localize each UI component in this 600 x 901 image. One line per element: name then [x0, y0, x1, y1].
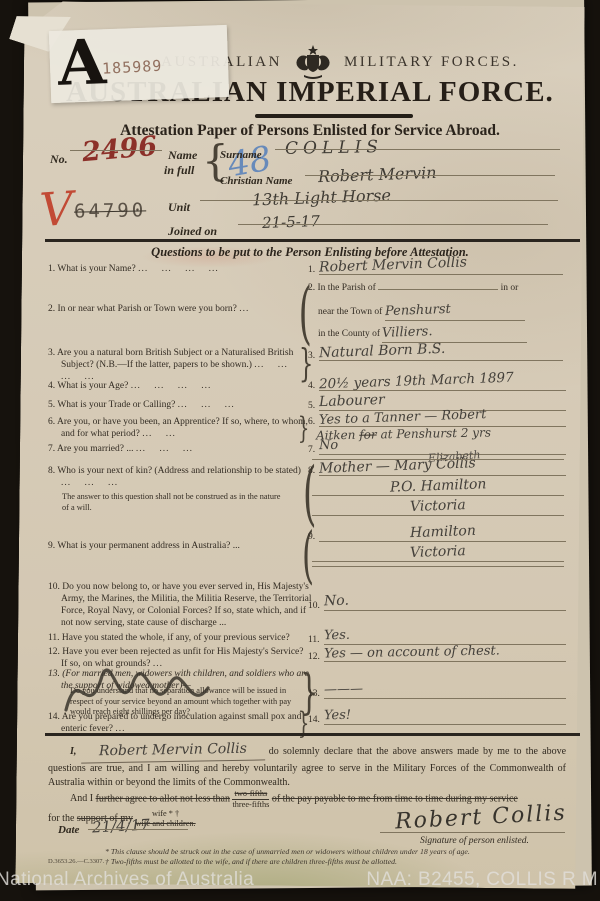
- a2-parish-label: In the Parish of: [318, 283, 376, 293]
- fraction-two-fifths: two-fifths: [232, 789, 269, 800]
- a11-handwritten: Yes.: [323, 628, 349, 643]
- a8-handwritten-line2: P.O. Hamilton: [390, 476, 487, 495]
- cancelled-service-number: 64790: [74, 199, 147, 222]
- a4-number: 4.: [308, 381, 315, 391]
- q1-dot-leaders: ... ... ... ...: [138, 264, 219, 274]
- date-label: Date: [58, 824, 79, 836]
- a14-handwritten: Yes!: [324, 708, 351, 723]
- q8-dot-leaders: ... ... ...: [61, 478, 118, 488]
- q7-text: Are you married? ...: [57, 444, 134, 454]
- q9-number: 9.: [48, 541, 55, 551]
- fraction-three-fifths: three-fifths: [232, 800, 269, 810]
- a10-number: 10.: [308, 601, 320, 611]
- q1-number: 1.: [48, 264, 55, 274]
- answer-6-line1: 6. Yes to a Tanner — Robert: [308, 408, 566, 427]
- a3-number: 3.: [308, 351, 315, 361]
- a2-town-handwritten: Penshurst: [384, 302, 450, 321]
- surname-label: Surname: [220, 149, 262, 161]
- q6-number: 6.: [48, 417, 55, 427]
- question-9: 9. What is your permanent address in Aus…: [48, 540, 311, 552]
- a2-county-label: in the County of: [318, 329, 380, 339]
- a8-handwritten-line3: Victoria: [410, 497, 466, 515]
- q14-number: 14.: [48, 712, 60, 722]
- scanned-document-page: AUSTRALIAN MILITARY FORCES. AUSTRALIAN I…: [0, 0, 600, 901]
- answer-3: 3. Natural Born B.S.: [308, 342, 563, 361]
- name-label-line1: Name: [168, 148, 197, 163]
- question-2: 2. In or near what Parish or Town were y…: [48, 303, 306, 315]
- declaration-divider-rule: [45, 733, 580, 736]
- a8-number: 8.: [308, 466, 315, 476]
- a2-town-label: near the Town of: [318, 307, 382, 317]
- question-10: 10. Do you now belong to, or have you ev…: [48, 581, 313, 630]
- joined-on-handwritten: 21-5-17: [262, 212, 320, 232]
- a9-number: 9.: [308, 532, 315, 542]
- a12-handwritten: Yes — on account of chest.: [324, 643, 500, 661]
- joined-on-label: Joined on: [168, 224, 217, 239]
- allotment-mid: for the: [48, 813, 74, 824]
- name-label-line2: in full: [164, 163, 194, 178]
- q5-number: 5.: [48, 400, 55, 410]
- answer-9-line2: Victoria: [312, 543, 564, 562]
- answer-12: 12. Yes — on account of chest.: [308, 643, 566, 662]
- a14-number: 14.: [308, 715, 320, 725]
- a2-parish-line: [378, 289, 498, 290]
- allotment-lead: And I: [70, 793, 93, 804]
- unit-label: Unit: [168, 200, 190, 215]
- a9-handwritten-line2: Victoria: [410, 543, 466, 561]
- answer-2-line2: near the Town of Penshurst: [318, 303, 566, 321]
- q10-text: Do you now belong to, or have you ever s…: [61, 582, 312, 628]
- q8-number: 8.: [48, 466, 55, 476]
- title-underline-rule: [255, 114, 413, 118]
- question-14: 14. Are you prepared to undergo inoculat…: [48, 711, 309, 735]
- declaration-lead: I,: [70, 746, 76, 757]
- a1-handwritten: Robert Mervin Collis: [319, 254, 467, 275]
- red-check-mark: V: [38, 181, 75, 237]
- answer-9-blank-line: [312, 566, 564, 567]
- a6-handwritten-line1: Yes to a Tanner — Robert: [319, 407, 487, 428]
- naa-watermark-right: NAA: B2455, COLLIS R M: [366, 869, 598, 891]
- question-3: 3. Are you a natural born British Subjec…: [48, 347, 309, 383]
- declaration-name-handwritten: Robert Mervin Collis: [80, 739, 264, 763]
- q10-number: 10.: [48, 582, 60, 592]
- q2-number: 2.: [48, 304, 55, 314]
- a12-number: 12.: [308, 652, 320, 662]
- a10-handwritten: No.: [324, 593, 349, 610]
- question-1: 1. What is your Name? ... ... ... ...: [48, 263, 311, 275]
- christian-name-label: Christian Name: [220, 175, 292, 187]
- a13-dash-stroke: ———: [324, 681, 363, 697]
- declaration-paragraph: I, Robert Mervin Collis do solemnly decl…: [48, 741, 566, 790]
- answer-2-line1: 2. In the Parish of in or: [308, 282, 566, 294]
- a7-handwritten: No: [319, 438, 338, 453]
- answer-14: 14. Yes!: [308, 706, 566, 725]
- answer-8-line2: [312, 459, 564, 460]
- form-code: D.3653.26.—C.3307.: [48, 858, 104, 865]
- question-7: 7. Are you married? ... ... ... ...: [48, 443, 311, 455]
- answer-10: 10. No.: [308, 592, 566, 611]
- answer-13: 13. ———: [308, 680, 566, 699]
- answer-9-line1: 9. Hamilton: [308, 523, 566, 542]
- q5-dot-leaders: ... ... ...: [178, 400, 235, 410]
- q7-dot-leaders: ... ... ...: [136, 444, 193, 454]
- unit-handwritten: 13th Light Horse: [252, 186, 391, 210]
- a13-number: 13.: [308, 689, 320, 699]
- q11-text: Have you stated the whole, if any, of yo…: [62, 633, 290, 643]
- sticker-barcode-number: 185989: [102, 57, 163, 78]
- forces-right-text: MILITARY FORCES.: [344, 54, 519, 71]
- a6-number: 6.: [308, 417, 315, 427]
- fraction-choice: two-fifths three-fifths: [232, 789, 269, 809]
- question-8-note: The answer to this question shall not be…: [62, 492, 287, 513]
- a2-in-or: in or: [501, 283, 519, 293]
- a9-handwritten-line1: Hamilton: [409, 523, 475, 541]
- answer-8-line3-row: Victoria: [312, 497, 564, 516]
- question-5: 5. What is your Trade or Calling? ... ..…: [48, 399, 311, 411]
- naa-watermark-left: National Archives of Australia: [0, 869, 254, 891]
- archive-sticker: A 185989: [49, 25, 229, 103]
- a3-handwritten: Natural Born B.S.: [319, 341, 446, 361]
- q4-text: What is your Age?: [57, 381, 128, 391]
- q7-number: 7.: [48, 444, 55, 454]
- question-6: 6. Are you, or have you been, an Apprent…: [48, 416, 309, 440]
- question-4: 4. What is your Age? ... ... ... ...: [48, 380, 311, 392]
- section-divider-rule: [45, 239, 580, 242]
- no-underline: [70, 150, 162, 151]
- allotment-struck-1: further agree to allot not less than: [96, 793, 230, 804]
- a4-handwritten: 20½ years 19th March 1897: [319, 370, 514, 393]
- date-handwritten: 21/4/17: [92, 815, 151, 836]
- allotment-struck-2: of the pay payable to me from time to ti…: [272, 793, 518, 804]
- signature-caption: Signature of person enlisted.: [420, 836, 529, 846]
- q1-text: What is your Name?: [57, 264, 135, 274]
- footnote-dagger: † Two-fifths must be allotted to the wif…: [105, 857, 565, 866]
- unit-line: [200, 200, 558, 201]
- q6-dot-leaders: ... ...: [142, 429, 176, 439]
- no-label: No.: [50, 152, 68, 167]
- sticker-letter-a: A: [57, 25, 108, 100]
- q6-text: Are you, or have you been, an Apprentice…: [57, 417, 308, 439]
- q8-text: Who is your next of kin? (Address and re…: [57, 466, 301, 476]
- q12-number: 12.: [48, 647, 60, 657]
- date-line: [88, 829, 188, 830]
- q4-dot-leaders: ... ... ... ...: [131, 381, 212, 391]
- surname-handwritten: COLLIS: [285, 137, 383, 159]
- question-11: 11. Have you stated the whole, if any, o…: [48, 632, 313, 644]
- q5-text: What is your Trade or Calling?: [57, 400, 175, 410]
- signature-line: [380, 832, 565, 833]
- q3-number: 3.: [48, 348, 55, 358]
- answer-1: 1. Robert Mervin Collis: [308, 256, 563, 275]
- answer-8-line2-row: P.O. Hamilton: [312, 477, 564, 496]
- q2-text: In or near what Parish or Town were you …: [58, 304, 237, 314]
- q2-dot-leaders: ...: [239, 304, 249, 314]
- q11-number: 11.: [48, 633, 60, 643]
- question-8: 8. Who is your next of kin? (Address and…: [48, 465, 311, 489]
- answer-4: 4. 20½ years 19th March 1897: [308, 372, 566, 391]
- q9-text: What is your permanent address in Austra…: [57, 541, 240, 551]
- a2-number: 2.: [308, 283, 315, 293]
- footnote-star: * This clause should be struck out in th…: [105, 847, 565, 856]
- a2-county-handwritten: Villiers.: [382, 324, 433, 342]
- q4-number: 4.: [48, 381, 55, 391]
- surname-line: [275, 149, 560, 150]
- q14-text: Are you prepared to undergo inoculation …: [61, 712, 301, 734]
- christian-name-line: [305, 175, 555, 176]
- joined-on-line: [238, 224, 548, 225]
- coat-of-arms-icon: [292, 44, 334, 80]
